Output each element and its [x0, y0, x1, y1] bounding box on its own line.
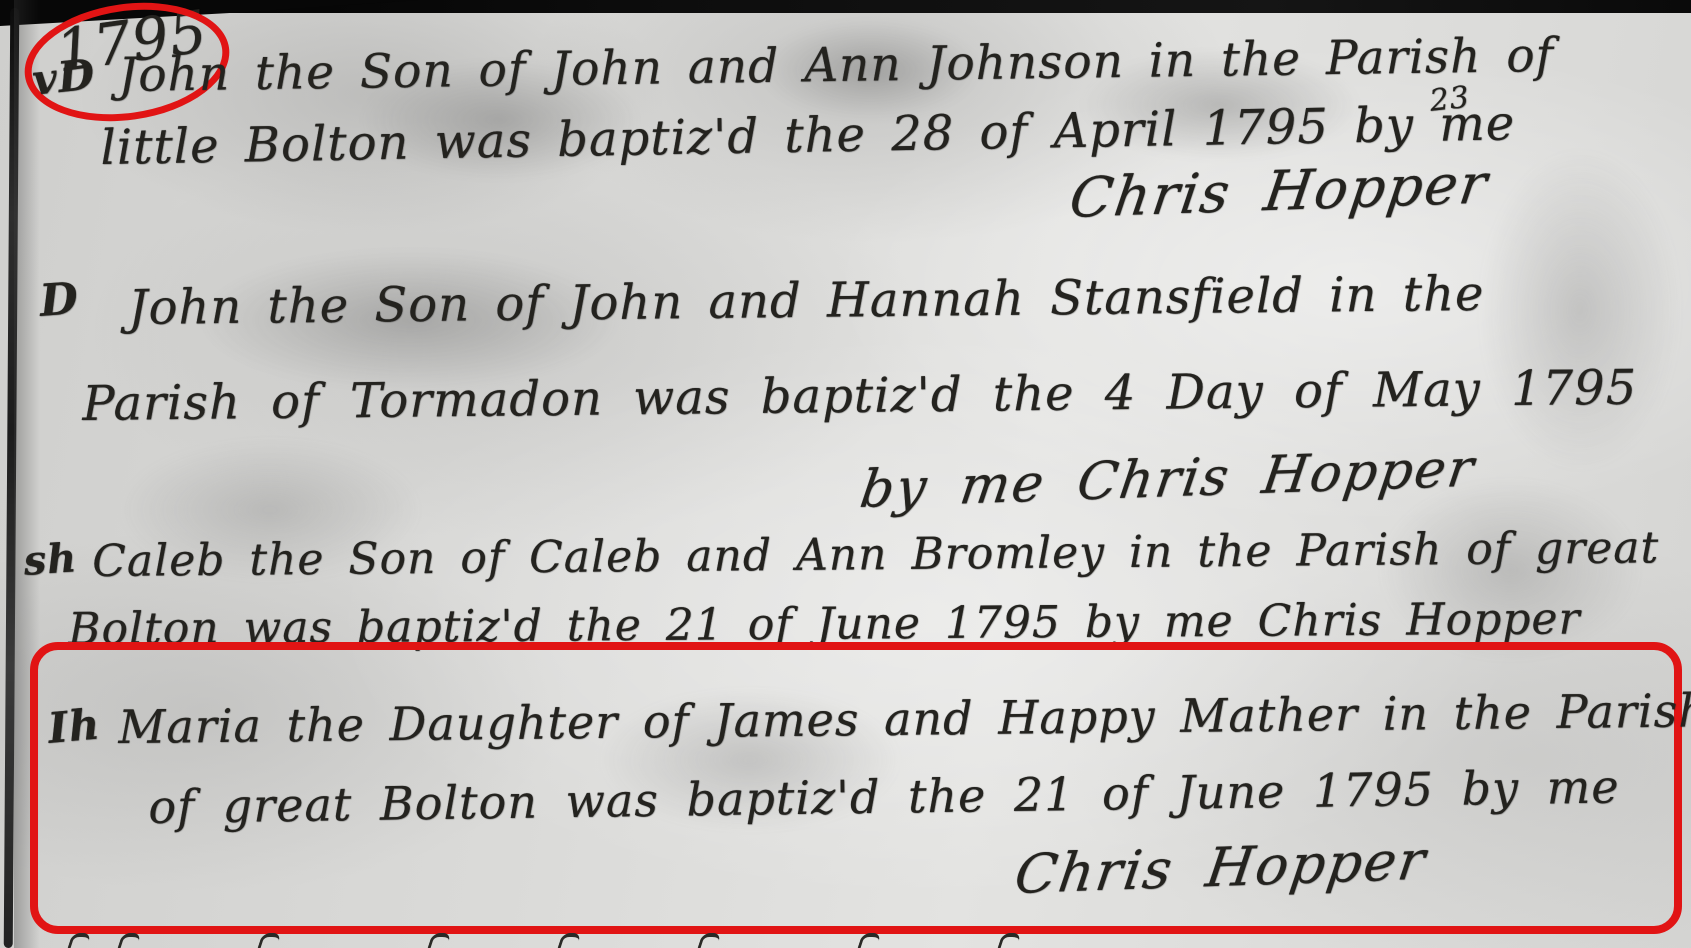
entry-1-margin-mark: vD	[30, 49, 98, 104]
entry-3-margin-mark: sh	[22, 534, 79, 585]
entry-2-margin-mark: D	[38, 273, 81, 327]
entry-4-margin-mark: Ih	[46, 699, 102, 752]
bleed-through-ghost	[1480, 150, 1680, 470]
